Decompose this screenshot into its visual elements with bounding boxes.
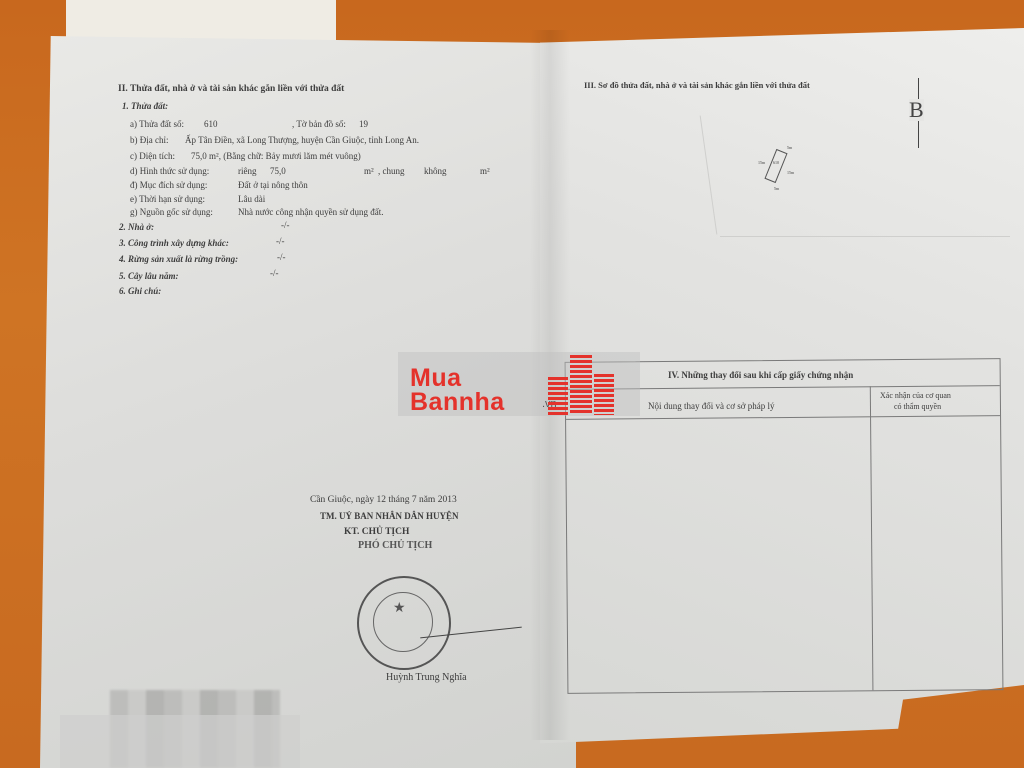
changes-col-confirm-1: Xác nhận của cơ quan (880, 391, 951, 400)
org-line: TM. UỶ BAN NHÂN DÂN HUYỆN (320, 511, 459, 521)
unit-2: m² (480, 166, 490, 176)
item-forest-label: 4. Rừng sản xuất là rừng trồng: (119, 254, 238, 264)
purpose: Đất ở tại nông thôn (238, 180, 308, 190)
changes-table-divider (870, 386, 874, 690)
building-icon-2 (548, 377, 568, 415)
item-trees-label: 5. Cây lâu năm: (119, 271, 179, 281)
address-label: b) Địa chỉ: (130, 135, 169, 145)
origin: Nhà nước công nhận quyền sử dụng đất. (238, 207, 384, 217)
private-value: 75,0 (270, 166, 286, 176)
background-sheet (66, 0, 336, 40)
section-4-title: IV. Những thay đổi sau khi cấp giấy chứn… (668, 370, 853, 380)
item-house-label: 2. Nhà ở: (119, 222, 154, 232)
building-icon (570, 355, 592, 415)
star-icon: ★ (393, 600, 406, 617)
term: Lâu dài (238, 194, 265, 204)
parcel-side-long: 15m (758, 160, 765, 165)
private-label: riêng (238, 166, 257, 176)
section-3-title: III. Sơ đồ thửa đất, nhà ở và tài sản kh… (584, 80, 810, 90)
changes-col-content: Nội dung thay đổi và cơ sở pháp lý (648, 401, 775, 411)
parcel-side-long-2: 15m (787, 170, 794, 175)
watermark-line-2: Bannha (410, 390, 505, 415)
title-line: PHÓ CHỦ TỊCH (358, 540, 432, 551)
shared-label: , chung (378, 166, 405, 176)
item-construction-value: -/- (276, 236, 285, 246)
item-trees-value: -/- (270, 268, 279, 278)
map-sheet: 19 (359, 119, 368, 129)
parcel-no-label: a) Thửa đất số: (130, 119, 184, 129)
section-2-title: II. Thửa đất, nhà ở và tài sản khác gắn … (118, 84, 344, 94)
purpose-label: đ) Mục đích sử dụng: (130, 180, 207, 190)
term-label: e) Thời hạn sử dụng: (130, 194, 205, 204)
address: Ấp Tân Điền, xã Long Thượng, huyện Cần G… (185, 135, 419, 145)
north-arrow-icon: B (909, 99, 924, 121)
usage-form-label: d) Hình thức sử dụng: (130, 166, 209, 176)
date-line: Cần Giuộc, ngày 12 tháng 7 năm 2013 (310, 495, 457, 505)
redacted-area-2 (60, 715, 300, 768)
parcel-side-short-2: 5m (774, 186, 779, 191)
parcel-side-short: 5m (787, 145, 792, 150)
parcel-sketch-number: 610 (773, 160, 779, 165)
area: 75,0 m², (Bằng chữ: Bảy mươi lăm mét vuô… (191, 151, 361, 161)
parcel-no: 610 (204, 119, 218, 129)
origin-label: g) Nguồn gốc sử dụng: (130, 207, 213, 217)
area-label: c) Diện tích: (130, 151, 175, 161)
changes-col-confirm-2: có thẩm quyền (894, 402, 941, 411)
item-construction-label: 3. Công trình xây dựng khác: (119, 238, 229, 248)
building-icon-3 (594, 374, 614, 415)
kt-line: KT. CHỦ TỊCH (344, 527, 409, 537)
shared-value: không (424, 166, 447, 176)
signer-name: Huỳnh Trung Nghĩa (386, 672, 467, 683)
item-notes-label: 6. Ghi chú: (119, 286, 161, 296)
item-forest-value: -/- (277, 252, 286, 262)
sketch-border-line-2 (720, 236, 1010, 237)
map-sheet-label: , Tờ bản đồ số: (292, 119, 346, 129)
parcel-heading: 1. Thửa đất: (122, 101, 168, 111)
item-house-value: -/- (281, 220, 290, 230)
unit: m² (364, 166, 374, 176)
